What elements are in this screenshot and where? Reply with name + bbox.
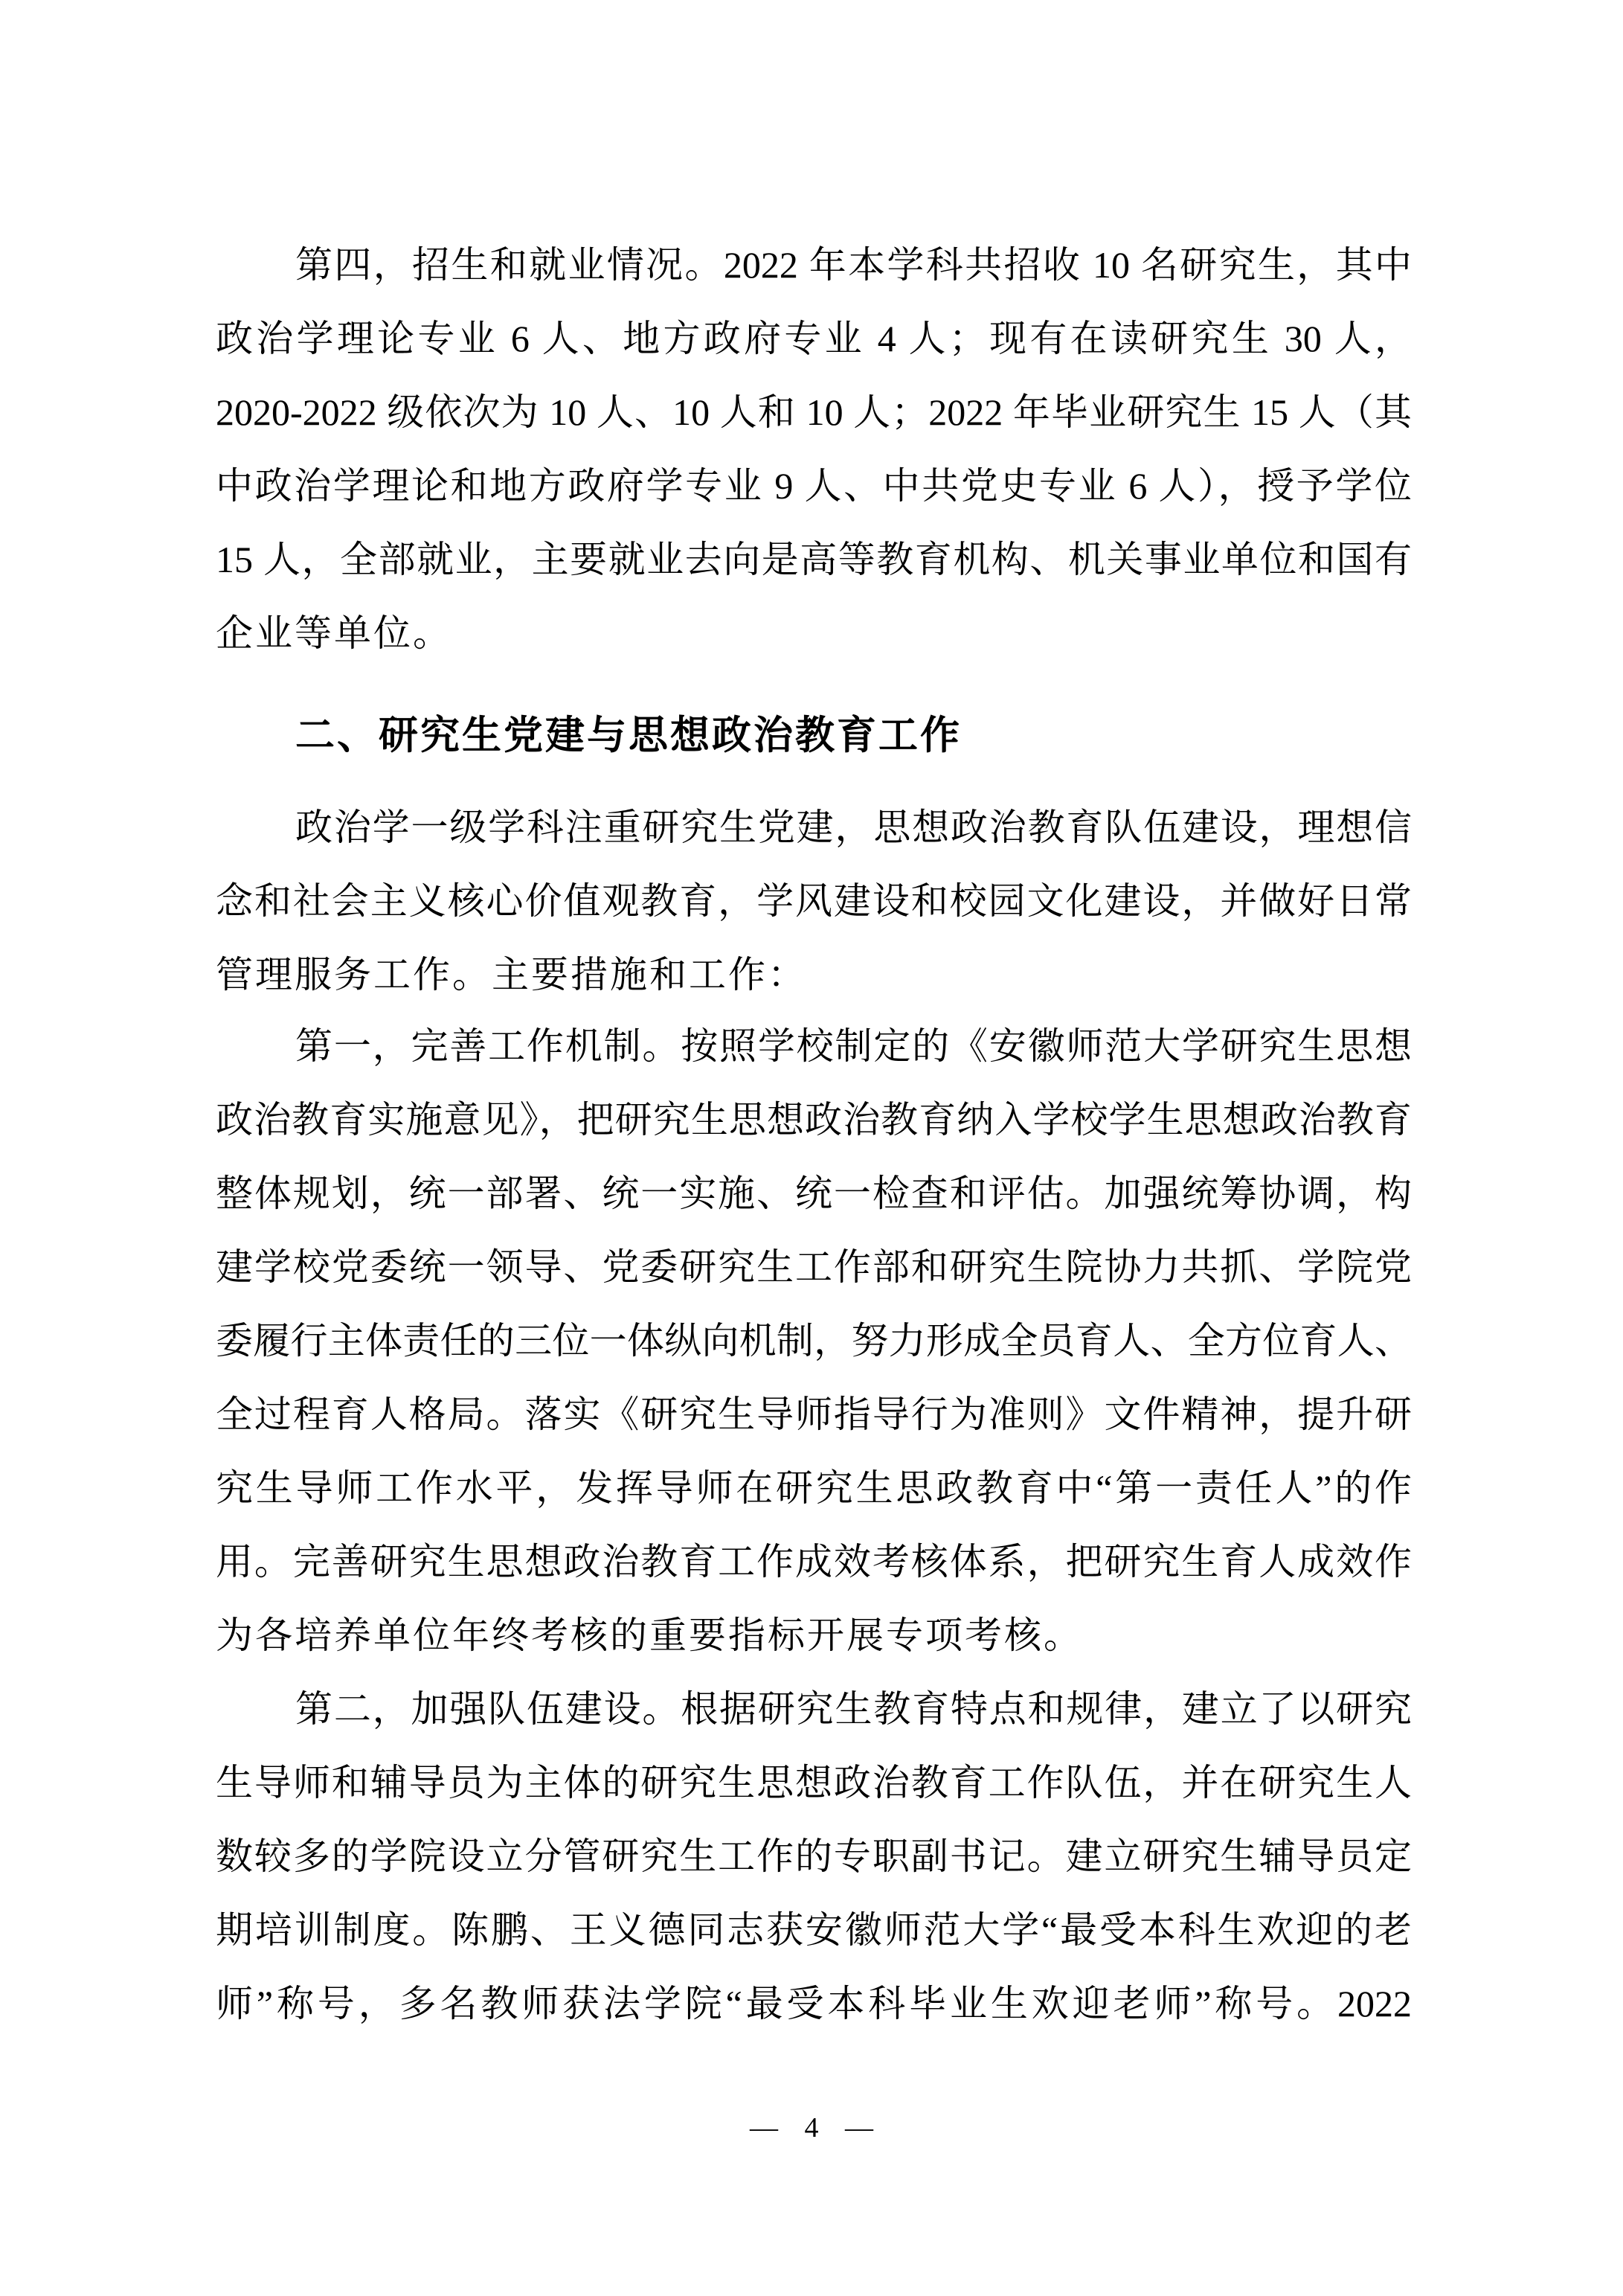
text-line: 用。完善研究生思想政治教育工作成效考核体系，把研究生育人成效作 xyxy=(216,1525,1412,1599)
text-line: 政治学一级学科注重研究生党建，思想政治教育队伍建设，理想信 xyxy=(216,791,1412,865)
text-line: 整体规划，统一部署、统一实施、统一检查和评估。加强统筹协调，构 xyxy=(216,1157,1412,1231)
section-heading: 二、研究生党建与思想政治教育工作 xyxy=(216,699,1412,772)
paragraph-enrollment-employment: 第四，招生和就业情况。2022 年本学科共招收 10 名研究生，其中 政治学理论… xyxy=(216,228,1412,670)
text-line: 企业等单位。 xyxy=(216,597,1412,670)
text-line: 第四，招生和就业情况。2022 年本学科共招收 10 名研究生，其中 xyxy=(216,228,1412,302)
text-line: 第一，完善工作机制。按照学校制定的《安徽师范大学研究生思想 xyxy=(216,1010,1412,1083)
text-line: 全过程育人格局。落实《研究生导师指导行为准则》文件精神，提升研 xyxy=(216,1378,1412,1452)
paragraph-overview: 政治学一级学科注重研究生党建，思想政治教育队伍建设，理想信 念和社会主义核心价值… xyxy=(216,791,1412,1012)
paragraph-first-measure: 第一，完善工作机制。按照学校制定的《安徽师范大学研究生思想 政治教育实施意见》，… xyxy=(216,1010,1412,1673)
text-line: 念和社会主义核心价值观教育，学风建设和校园文化建设，并做好日常 xyxy=(216,865,1412,938)
text-line: 第二，加强队伍建设。根据研究生教育特点和规律，建立了以研究 xyxy=(216,1673,1412,1746)
text-line: 究生导师工作水平，发挥导师在研究生思政教育中“第一责任人”的作 xyxy=(216,1452,1412,1525)
text-line: 建学校党委统一领导、党委研究生工作部和研究生院协力共抓、学院党 xyxy=(216,1231,1412,1304)
page-number: — 4 — xyxy=(0,2111,1623,2144)
text-line: 政治教育实施意见》，把研究生思想政治教育纳入学校学生思想政治教育 xyxy=(216,1083,1412,1157)
text-line: 生导师和辅导员为主体的研究生思想政治教育工作队伍，并在研究生人 xyxy=(216,1746,1412,1820)
text-line: 期培训制度。陈鹏、王义德同志获安徽师范大学“最受本科生欢迎的老 xyxy=(216,1893,1412,1967)
text-line: 为各培养单位年终考核的重要指标开展专项考核。 xyxy=(216,1599,1412,1673)
paragraph-second-measure: 第二，加强队伍建设。根据研究生教育特点和规律，建立了以研究 生导师和辅导员为主体… xyxy=(216,1673,1412,2041)
document-page: 第四，招生和就业情况。2022 年本学科共招收 10 名研究生，其中 政治学理论… xyxy=(0,0,1623,2296)
text-line: 中政治学理论和地方政府学专业 9 人、中共党史专业 6 人），授予学位 xyxy=(216,449,1412,523)
text-line: 委履行主体责任的三位一体纵向机制，努力形成全员育人、全方位育人、 xyxy=(216,1304,1412,1378)
text-line: 管理服务工作。主要措施和工作： xyxy=(216,938,1412,1012)
text-line: 政治学理论专业 6 人、地方政府专业 4 人；现有在读研究生 30 人， xyxy=(216,302,1412,376)
text-line: 数较多的学院设立分管研究生工作的专职副书记。建立研究生辅导员定 xyxy=(216,1820,1412,1893)
text-line: 2020-2022 级依次为 10 人、10 人和 10 人；2022 年毕业研… xyxy=(216,376,1412,449)
text-line: 师”称号，多名教师获法学院“最受本科毕业生欢迎老师”称号。2022 xyxy=(216,1967,1412,2041)
text-line: 15 人，全部就业，主要就业去向是高等教育机构、机关事业单位和国有 xyxy=(216,523,1412,597)
